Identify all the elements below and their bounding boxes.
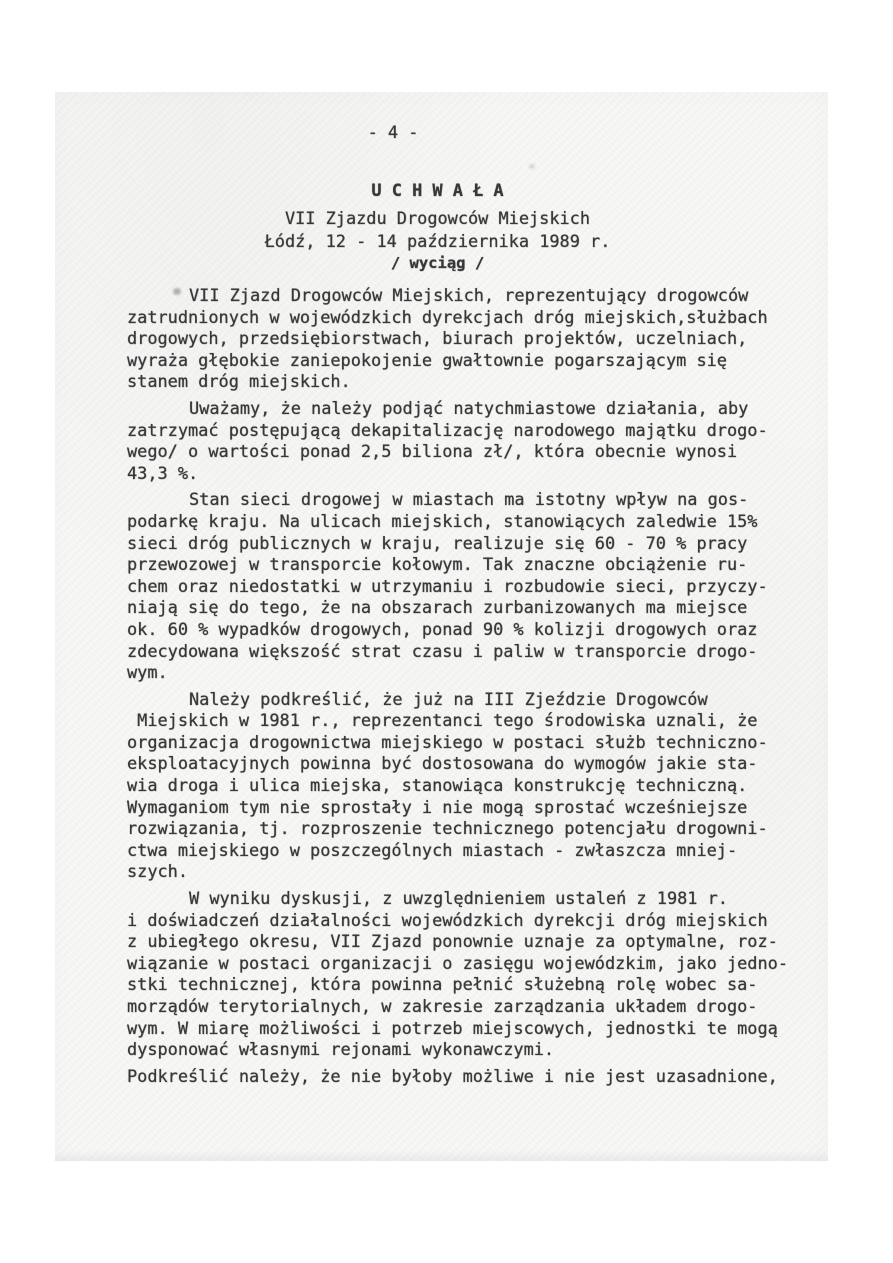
text-line: wiązanie w postaci organizacji o zasięgu… bbox=[127, 953, 787, 975]
text-line: wym. bbox=[127, 662, 787, 684]
scan-speck-artifact bbox=[529, 164, 535, 169]
text-line: Należy podkreślić, że już na III Zjeździ… bbox=[127, 689, 787, 711]
text-line: Stan sieci drogowej w miastach ma istotn… bbox=[127, 489, 787, 511]
scanned-page: - 4 - U C H W A Ł A VII Zjazdu Drogowców… bbox=[55, 92, 828, 1161]
paragraph: Uważamy, że należy podjąć natychmiastowe… bbox=[127, 398, 787, 484]
text-line: Uważamy, że należy podjąć natychmiastowe… bbox=[127, 398, 787, 420]
excerpt-label: / wyciąg / bbox=[116, 253, 759, 275]
text-line: ctwa miejskiego w poszczególnych miastac… bbox=[127, 840, 787, 862]
text-line: wego/ o wartości ponad 2,5 biliona zł/, … bbox=[127, 441, 787, 463]
text-line: W wyniku dyskusji, z uwzględnieniem usta… bbox=[127, 888, 787, 910]
text-line: ok. 60 % wypadków drogowych, ponad 90 % … bbox=[127, 619, 787, 641]
paragraph: W wyniku dyskusji, z uwzględnieniem usta… bbox=[127, 888, 787, 1061]
paragraph: Podkreślić należy, że nie byłoby możliwe… bbox=[127, 1066, 787, 1088]
text-line: stanem dróg miejskich. bbox=[127, 371, 787, 393]
page-number: - 4 - bbox=[343, 122, 443, 144]
text-line: Podkreślić należy, że nie byłoby możliwe… bbox=[127, 1066, 787, 1088]
place-date-line: Łódź, 12 - 14 października 1989 r. bbox=[116, 231, 759, 253]
text-line: przewozowej w transporcie kołowym. Tak z… bbox=[127, 554, 787, 576]
text-line: organizacja drogownictwa miejskiego w po… bbox=[127, 732, 787, 754]
text-line: wyraża głębokie zaniepokojenie gwałtowni… bbox=[127, 350, 787, 372]
text-line: eksploatacyjnych powinna być dostosowana… bbox=[127, 753, 787, 775]
paragraph: VII Zjazd Drogowców Miejskich, reprezent… bbox=[127, 285, 787, 393]
text-line: stki technicznej, która powinna pełnić s… bbox=[127, 974, 787, 996]
text-line: zatrudnionych w wojewódzkich dyrekcjach … bbox=[127, 307, 787, 329]
congress-name-line: VII Zjazdu Drogowców Miejskich bbox=[116, 208, 759, 230]
text-line: VII Zjazd Drogowców Miejskich, reprezent… bbox=[127, 285, 787, 307]
text-line: morządów terytorialnych, w zakresie zarz… bbox=[127, 996, 787, 1018]
text-line: chem oraz niedostatki w utrzymaniu i roz… bbox=[127, 576, 787, 598]
text-line: Miejskich w 1981 r., reprezentanci tego … bbox=[127, 710, 787, 732]
document-title: U C H W A Ł A bbox=[116, 180, 759, 202]
text-line: Wymaganiom tym nie sprostały i nie mogą … bbox=[127, 797, 787, 819]
paragraph: Stan sieci drogowej w miastach ma istotn… bbox=[127, 489, 787, 683]
scan-background: - 4 - U C H W A Ł A VII Zjazdu Drogowców… bbox=[0, 0, 893, 1263]
text-line: dysponować własnymi rejonami wykonawczym… bbox=[127, 1039, 787, 1061]
text-line: 43,3 %. bbox=[127, 463, 787, 485]
text-line: zatrzymać postępującą dekapitalizację na… bbox=[127, 420, 787, 442]
text-line: drogowych, przedsiębiorstwach, biurach p… bbox=[127, 328, 787, 350]
text-line: niają się do tego, że na obszarach zurba… bbox=[127, 597, 787, 619]
text-line: sieci dróg publicznych w kraju, realizuj… bbox=[127, 533, 787, 555]
text-line: wym. W miarę możliwości i potrzeb miejsc… bbox=[127, 1018, 787, 1040]
text-line: szych. bbox=[127, 861, 787, 883]
paragraph: Należy podkreślić, że już na III Zjeździ… bbox=[127, 689, 787, 883]
text-line: wia droga i ulica miejska, stanowiąca ko… bbox=[127, 775, 787, 797]
text-line: z ubiegłego okresu, VII Zjazd ponownie u… bbox=[127, 931, 787, 953]
document-body: VII Zjazd Drogowców Miejskich, reprezent… bbox=[127, 285, 787, 1087]
text-line: podarkę kraju. Na ulicach miejskich, sta… bbox=[127, 511, 787, 533]
text-line: rozwiązania, tj. rozproszenie techniczne… bbox=[127, 818, 787, 840]
text-line: zdecydowana większość strat czasu i pali… bbox=[127, 641, 787, 663]
text-line: i doświadczeń działalności wojewódzkich … bbox=[127, 910, 787, 932]
